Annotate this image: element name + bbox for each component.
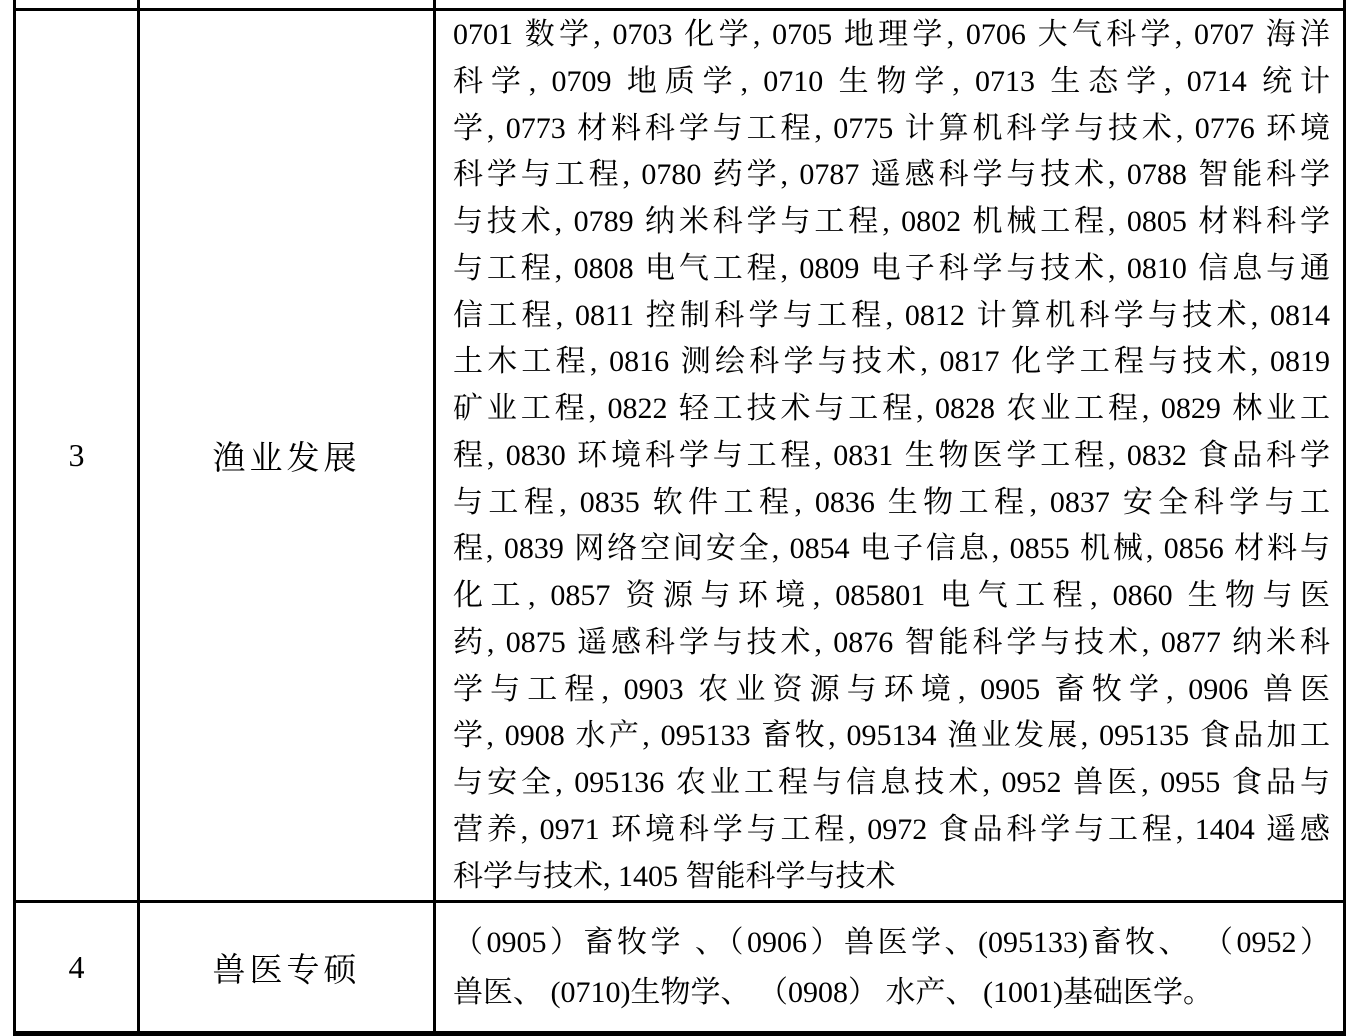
majors-line: 矿业工程, 0822 轻工技术与工程, 0828 农业工程, 0829 林业工 — [453, 386, 1330, 433]
eligible-majors-cell: （0905）畜牧学 、（0906）兽医学、(095133)畜牧、 （0952） … — [436, 903, 1343, 1031]
program-name: 渔业发展 — [213, 432, 361, 479]
row-number-cell: 4 — [16, 903, 140, 1031]
majors-line: 兽医、 (0710)生物学、 （0908） 水产、 (1001)基础医学。 — [453, 968, 1330, 1018]
majors-line: 学与工程, 0903 农业资源与环境, 0905 畜牧学, 0906 兽医 — [453, 667, 1330, 714]
majors-table: 3 渔业发展 0701 数学, 0703 化学, 0705 地理学, 0706 … — [13, 0, 1346, 1036]
majors-line: 与工程, 0835 软件工程, 0836 生物工程, 0837 安全科学与工 — [453, 480, 1330, 527]
majors-line: 药, 0875 遥感科学与技术, 0876 智能科学与技术, 0877 纳米科 — [453, 620, 1330, 667]
program-name-cell: 兽医专硕 — [140, 903, 436, 1031]
table-row-fishery-development: 3 渔业发展 0701 数学, 0703 化学, 0705 地理学, 0706 … — [16, 8, 1343, 900]
document-page: 3 渔业发展 0701 数学, 0703 化学, 0705 地理学, 0706 … — [0, 0, 1356, 1036]
majors-line: 程, 0830 环境科学与工程, 0831 生物医学工程, 0832 食品科学 — [453, 433, 1330, 480]
majors-line: 土木工程, 0816 测绘科学与技术, 0817 化学工程与技术, 0819 — [453, 339, 1330, 386]
eligible-majors-cell: 0701 数学, 0703 化学, 0705 地理学, 0706 大气科学, 0… — [436, 11, 1343, 900]
majors-line: 学, 0908 水产, 095133 畜牧, 095134 渔业发展, 0951… — [453, 713, 1330, 760]
partial-majors-cell — [436, 0, 1343, 8]
majors-line: 0701 数学, 0703 化学, 0705 地理学, 0706 大气科学, 0… — [453, 12, 1330, 59]
row-number-cell: 3 — [16, 11, 140, 900]
partial-program-cell — [140, 0, 436, 8]
majors-line: 信工程, 0811 控制科学与工程, 0812 计算机科学与技术, 0814 — [453, 293, 1330, 340]
table-row-veterinary-master: 4 兽医专硕 （0905）畜牧学 、（0906）兽医学、(095133)畜牧、 … — [16, 900, 1343, 1031]
majors-line: 科学, 0709 地质学, 0710 生物学, 0713 生态学, 0714 统… — [453, 59, 1330, 106]
majors-line: 与技术, 0789 纳米科学与工程, 0802 机械工程, 0805 材料科学 — [453, 199, 1330, 246]
program-name-cell: 渔业发展 — [140, 11, 436, 900]
program-name: 兽医专硕 — [213, 944, 361, 991]
majors-line: （0905）畜牧学 、（0906）兽医学、(095133)畜牧、 （0952） — [453, 918, 1330, 968]
row-number: 4 — [69, 949, 85, 986]
partial-number-cell — [16, 0, 140, 8]
majors-line: 学, 0773 材料科学与工程, 0775 计算机科学与技术, 0776 环境 — [453, 106, 1330, 153]
majors-line: 与安全, 095136 农业工程与信息技术, 0952 兽医, 0955 食品与 — [453, 760, 1330, 807]
row-number: 3 — [69, 437, 85, 474]
table-row-partial — [16, 0, 1343, 8]
majors-line: 营养, 0971 环境科学与工程, 0972 食品科学与工程, 1404 遥感 — [453, 807, 1330, 854]
majors-line: 科学与技术, 1405 智能科学与技术 — [453, 854, 1330, 901]
majors-line: 科学与工程, 0780 药学, 0787 遥感科学与技术, 0788 智能科学 — [453, 152, 1330, 199]
majors-line: 程, 0839 网络空间安全, 0854 电子信息, 0855 机械, 0856… — [453, 526, 1330, 573]
majors-line: 与工程, 0808 电气工程, 0809 电子科学与技术, 0810 信息与通 — [453, 246, 1330, 293]
majors-line: 化工, 0857 资源与环境, 085801 电气工程, 0860 生物与医 — [453, 573, 1330, 620]
